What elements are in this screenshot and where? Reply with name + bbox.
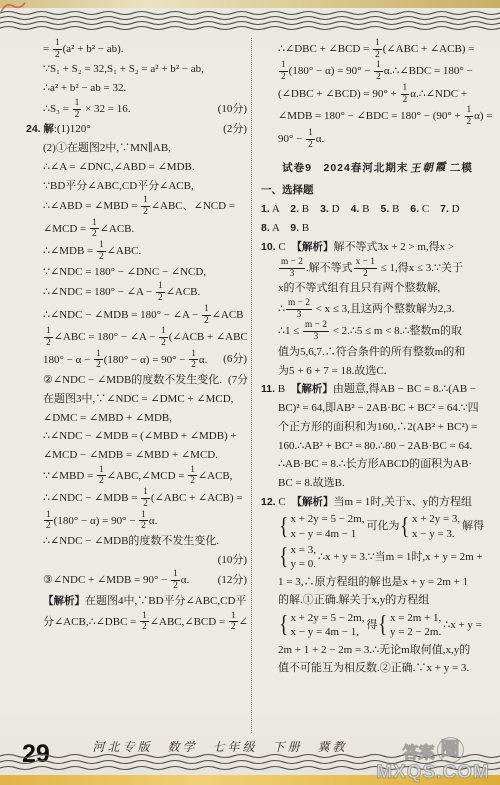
score-mark: (10分)	[212, 100, 247, 119]
text-line: (2)①在题图2中,∵MN∥AB,	[26, 139, 247, 158]
line-text: 值不可能互为相反数.②正确.∵x + y = 3.	[278, 659, 469, 678]
text-line: 的解.①正确.解关于x,y的方程组	[261, 591, 494, 610]
line-text: ∵∠NDC = 180° − ∠DNC − ∠NCD,	[43, 263, 206, 282]
line-text: 160.∴AB² + BC² = 80.∴80 − 2AB·BC = 64.	[278, 437, 472, 456]
text-line: 10. C 【解析】解不等式3x + 2 > m,得x >	[261, 238, 494, 257]
line-text: ∴∠A = ∠DNC,∠ABD = ∠MDB.	[43, 158, 195, 177]
text-line: 12(180° − α) = 90° − 12α.	[26, 510, 247, 532]
line-text: 11. B 【解析】由题意,得AB − BC = 8.∴(AB −	[261, 380, 476, 399]
right-column: ∴∠DBC + ∠BCD = 12(∠ABC + ∠ACB) =12(180° …	[252, 38, 494, 733]
workbook-answer-page: = 12(a² + b² − ab).∵S₁ + S₂ = 32,S₁ + S₂…	[0, 0, 500, 785]
text-line: 个正方形的面积和为160,∴2(AB² + BC²) =	[261, 418, 494, 437]
text-line: 【解析】在题图4中,∵BD平分∠ABC,CD平	[26, 592, 247, 611]
answer-site-watermark: 答案圈 MXQS.COM	[368, 737, 498, 783]
line-text: 试卷9 2024春河北期末王朝霞二模	[282, 159, 473, 174]
text-line: 为5 + 6 + 7 = 18.故选C.	[261, 362, 494, 381]
text-line: ③∠NDC + ∠MDB = 90° − 12α.(12分)	[26, 569, 247, 591]
text-line: ∴∠DBC + ∠BCD = 12(∠ABC + ∠ACB) =	[261, 38, 494, 60]
line-text: ∠DMC = ∠MBD + ∠MDB,	[43, 409, 172, 428]
text-line: BC)² = 64,即AB² − 2AB·BC + BC² = 64.∵四	[261, 399, 494, 418]
text-line: ∵∠NDC = 180° − ∠DNC − ∠NCD,	[26, 263, 247, 282]
line-text: ③∠NDC + ∠MDB = 90° − 12α.	[43, 569, 189, 591]
line-text: {x + 2y = 5 − 2m,x − y = 4m − 1可化为{x + 2…	[278, 511, 484, 542]
line-text: ∴∠MDB = 12∠ABC.	[43, 240, 141, 262]
text-line: 90° − 12α.	[261, 128, 494, 150]
text-line: ∴∠A = ∠DNC,∠ABD = ∠MDB.	[26, 158, 247, 177]
watermark-circle-glyph: 圈	[437, 737, 464, 763]
watermark-logo: 答案圈	[368, 737, 498, 763]
text-line: ∴∠NDC − ∠MDB = (∠MBD + ∠MDB) +	[26, 427, 247, 446]
text-line: 值为5,6,7.∴符合条件的所有整数m的和	[261, 343, 494, 362]
line-text: ∴∠DBC + ∠BCD = 12(∠ABC + ∠ACB) =	[278, 38, 474, 60]
line-text: ∴S₃ = 12 × 32 = 16.	[43, 98, 131, 120]
line-text: ∴∠NDC − ∠MDB = 12(∠ABC + ∠ACB) =	[43, 487, 242, 509]
line-text: 1 = 3,∴原方程组的解也是x + y = 2m + 1	[278, 573, 468, 592]
text-line: {x = 3,y = 0.∴x + y = 3.∵当m = 1时,x + y =…	[261, 542, 494, 573]
line-text: ∴∠NDC − ∠MDB = 180° − ∠A − 12∠ACB −	[43, 304, 247, 326]
text-line: 一、选择题	[261, 181, 494, 200]
watermark-brand-text: 答案	[402, 745, 434, 762]
line-text: ∴∠NDC − ∠MDB = (∠MBD + ∠MDB) +	[43, 427, 237, 446]
line-text: 个正方形的面积和为160,∴2(AB² + BC²) =	[278, 418, 477, 437]
page-content: = 12(a² + b² − ab).∵S₁ + S₂ = 32,S₁ + S₂…	[26, 38, 494, 733]
line-text: 值为5,6,7.∴符合条件的所有整数m的和	[278, 343, 465, 362]
line-text: ∴∠NDC = 180° − ∠A − 12∠ACB.	[43, 281, 200, 303]
line-text: = 12(a² + b² − ab).	[43, 38, 123, 60]
line-text: 12∠ABC = 180° − ∠A − 12(∠ACB + ∠ABC) =	[43, 326, 247, 348]
line-text: ∴AB·BC = 8.∴长方形ABCD的面积为AB·	[278, 455, 472, 474]
score-mark: (10分)	[212, 551, 247, 570]
line-text: ∴m − 23 < x ≤ 3,且这两个整数解为2,3.	[278, 298, 454, 320]
line-text: 的解.①正确.解关于x,y的方程组	[278, 591, 429, 610]
text-line: ②∠NDC − ∠MDB的度数不发生变化.(7分)	[26, 371, 247, 390]
text-line: ∵S₁ + S₂ = 32,S₁ + S₂ = a² + b² − ab,	[26, 60, 247, 79]
text-line: ∴∠NDC − ∠MDB的度数不发生变化.	[26, 532, 247, 551]
line-text: ∵∠MBD = 12∠ABC,∠MCD = 12∠ACB,	[43, 465, 233, 487]
line-text: m − 23.解不等式x − 12 ≤ 1,得x ≤ 3.∵关于	[278, 257, 463, 279]
text-line: (∠DBC + ∠BCD) = 90° + 12α.∴∠NDC +	[261, 83, 494, 105]
line-text: x的不等式组有且只有两个整数解,	[278, 279, 440, 298]
line-text: 一、选择题	[261, 181, 314, 200]
score-mark: (2分)	[217, 120, 247, 139]
text-line: ∴∠MDB = 12∠ABC.	[26, 240, 247, 262]
line-text: BC = 8.故选B.	[278, 474, 345, 493]
line-text: 24. 解:(1)120°	[26, 120, 91, 139]
text-line: 2m + 1 + 2 − 2m = 3.∴无论m取何值,x,y的	[261, 641, 494, 660]
line-text: 【解析】在题图4中,∵BD平分∠ABC,CD平	[43, 592, 246, 611]
text-line: 12∠ABC = 180° − ∠A − 12(∠ACB + ∠ABC) =	[26, 326, 247, 348]
line-text: 12(180° − α) = 90° − 12α.∴∠BDC = 180° −	[278, 60, 473, 82]
line-text: 分∠ACB,∴∠DBC = 12∠ABC,∠BCD = 12∠ACB.	[43, 611, 247, 633]
text-line: ∠MDB = 180° − ∠BDC = 180° − (90° + 12α) …	[261, 105, 494, 127]
text-line: ∠MCD − ∠MDB = ∠MBD + ∠MCD.	[26, 446, 247, 465]
text-line: x的不等式组有且只有两个整数解,	[261, 279, 494, 298]
line-text: ∵S₁ + S₂ = 32,S₁ + S₂ = a² + b² − ab,	[43, 60, 204, 79]
text-line: 11. B 【解析】由题意,得AB − BC = 8.∴(AB −	[261, 380, 494, 399]
score-mark: (12分)	[212, 571, 247, 590]
text-line: 1 = 3,∴原方程组的解也是x + y = 2m + 1	[261, 573, 494, 592]
line-text: (∠DBC + ∠BCD) = 90° + 12α.∴∠NDC +	[278, 83, 467, 105]
watermark-site-text: MXQS.COM	[368, 763, 498, 783]
left-column: = 12(a² + b² − ab).∵S₁ + S₂ = 32,S₁ + S₂…	[26, 38, 247, 733]
line-text: 1. A 2. B 3. D 4. B 5. B 6. C 7. D	[261, 200, 460, 219]
line-text: 10. C 【解析】解不等式3x + 2 > m,得x >	[261, 238, 454, 257]
score-mark: (6分)	[217, 350, 247, 369]
wavy-border-top	[0, 10, 500, 34]
line-text: 8. A 9. B	[261, 219, 309, 238]
text-line: 试卷9 2024春河北期末王朝霞二模	[261, 150, 494, 181]
line-text: ∴∠NDC − ∠MDB的度数不发生变化.	[43, 532, 219, 551]
line-text: (2)①在题图2中,∵MN∥AB,	[43, 139, 171, 158]
text-line: ∠DMC = ∠MBD + ∠MDB,	[26, 409, 247, 428]
text-line: 160.∴AB² + BC² = 80.∴80 − 2AB·BC = 64.	[261, 437, 494, 456]
text-line: 180° − α − 12(180° − α) = 90° − 12α.(6分)	[26, 349, 247, 371]
line-text: ∠MCD = 12∠ACB.	[43, 218, 134, 240]
text-line: ∴S₃ = 12 × 32 = 16.(10分)	[26, 98, 247, 120]
line-text: 90° − 12α.	[278, 128, 324, 150]
text-line: 12. C 【解析】当m = 1时,关于x、y的方程组	[261, 493, 494, 512]
line-text: {x = 3,y = 0.∴x + y = 3.∵当m = 1时,x + y =…	[278, 542, 483, 573]
text-line: BC = 8.故选B.	[261, 474, 494, 493]
line-text: 12(180° − α) = 90° − 12α.	[43, 510, 157, 532]
text-line: 分∠ACB,∴∠DBC = 12∠ABC,∠BCD = 12∠ACB.	[26, 611, 247, 633]
text-line: 值不可能互为相反数.②正确.∵x + y = 3.	[261, 659, 494, 678]
line-text: ∠MCD − ∠MDB = ∠MBD + ∠MCD.	[43, 446, 218, 465]
line-text: {x + 2y = 5 − 2m,x − y = 4m − 1,得{x = 2m…	[278, 610, 482, 641]
line-text: ∠MDB = 180° − ∠BDC = 180° − (90° + 12α) …	[278, 105, 493, 127]
line-text: ∴∠ABD = ∠MBD = 12∠ABC、∠NCD =	[43, 195, 235, 217]
score-mark: (7分)	[222, 371, 247, 390]
line-text: ∴a² + b² − ab = 32.	[43, 79, 126, 98]
text-line: ∴∠NDC − ∠MDB = 12(∠ABC + ∠ACB) =	[26, 487, 247, 509]
line-text: 在题图3中,∵∠NDC = ∠DMC + ∠MCD,	[43, 390, 233, 409]
text-line: ∴1 ≤ m − 23 < 2.∴5 ≤ m < 8.∴整数m的取	[261, 320, 494, 342]
text-line: ∴a² + b² − ab = 32.	[26, 79, 247, 98]
text-line: ∠MCD = 12∠ACB.	[26, 218, 247, 240]
line-text: 12. C 【解析】当m = 1时,关于x、y的方程组	[261, 493, 472, 512]
text-line: 24. 解:(1)120°(2分)	[26, 120, 247, 139]
text-line: m − 23.解不等式x − 12 ≤ 1,得x ≤ 3.∵关于	[261, 257, 494, 279]
text-line: = 12(a² + b² − ab).	[26, 38, 247, 60]
line-text: BC)² = 64,即AB² − 2AB·BC + BC² = 64.∵四	[278, 399, 479, 418]
text-line: (10分)	[26, 551, 247, 570]
text-line: ∵∠MBD = 12∠ABC,∠MCD = 12∠ACB,	[26, 465, 247, 487]
text-line: ∴∠NDC = 180° − ∠A − 12∠ACB.	[26, 281, 247, 303]
line-text: 2m + 1 + 2 − 2m = 3.∴无论m取何值,x,y的	[278, 641, 470, 660]
line-text: ②∠NDC − ∠MDB的度数不发生变化.	[43, 371, 222, 390]
text-line: ∵BD平分∠ABC,CD平分∠ACB,	[26, 177, 247, 196]
text-line: 在题图3中,∵∠NDC = ∠DMC + ∠MCD,	[26, 390, 247, 409]
line-text: ∵BD平分∠ABC,CD平分∠ACB,	[43, 177, 194, 196]
line-text: ∴1 ≤ m − 23 < 2.∴5 ≤ m < 8.∴整数m的取	[278, 320, 462, 342]
text-line: ∴m − 23 < x ≤ 3,且这两个整数解为2,3.	[261, 298, 494, 320]
text-line: ∴∠ABD = ∠MBD = 12∠ABC、∠NCD =	[26, 195, 247, 217]
text-line: {x + 2y = 5 − 2m,x − y = 4m − 1,得{x = 2m…	[261, 610, 494, 641]
text-line: {x + 2y = 5 − 2m,x − y = 4m − 1可化为{x + 2…	[261, 511, 494, 542]
text-line: 8. A 9. B	[261, 219, 494, 238]
text-line: 1. A 2. B 3. D 4. B 5. B 6. C 7. D	[261, 200, 494, 219]
top-edge-band	[0, 0, 500, 8]
text-line: ∴∠NDC − ∠MDB = 180° − ∠A − 12∠ACB −	[26, 304, 247, 326]
line-text: 180° − α − 12(180° − α) = 90° − 12α.	[43, 349, 207, 371]
line-text: 为5 + 6 + 7 = 18.故选C.	[278, 362, 386, 381]
text-line: ∴AB·BC = 8.∴长方形ABCD的面积为AB·	[261, 455, 494, 474]
text-line: 12(180° − α) = 90° − 12α.∴∠BDC = 180° −	[261, 60, 494, 82]
red-pen-mark	[0, 0, 26, 16]
